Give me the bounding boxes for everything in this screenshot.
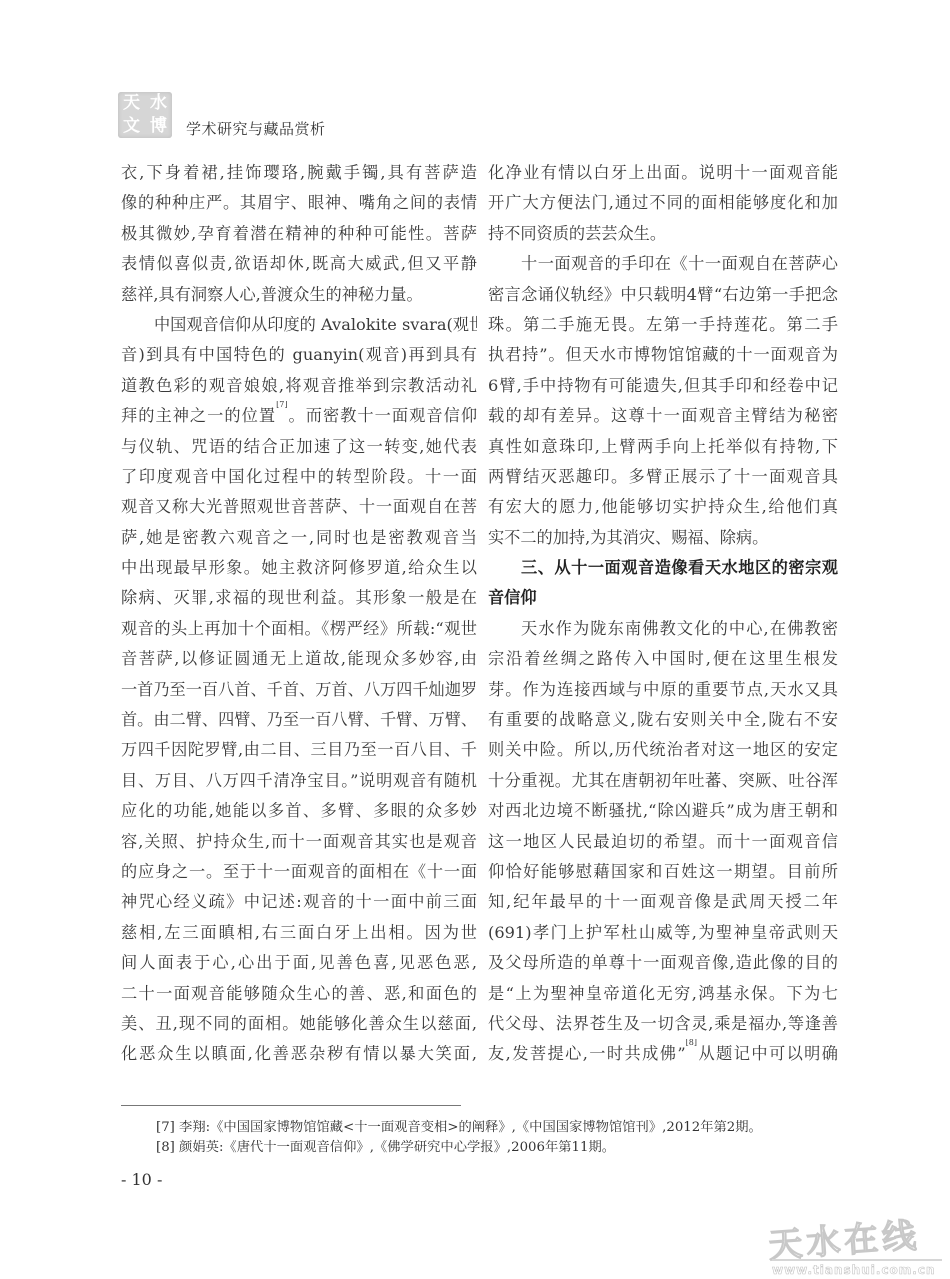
body-text-line: 音)到具有中国特色的 guanyin(观音)再到具有	[121, 340, 477, 370]
body-text-line: 化净业有情以白牙上出面。说明十一面观音能	[488, 158, 838, 188]
body-text-line: 珠。第二手施无畏。左第一手持莲花。第二手	[488, 310, 838, 340]
body-text-line: 代父母、法界苍生及一切含灵,乘是福办,等逢善	[488, 1009, 838, 1039]
body-text-line: 友,发菩提心,一时共成佛”[8]从题记中可以明确	[488, 1039, 838, 1069]
footnotes: [7] 李翔:《中国国家博物馆馆藏<十一面观音变相>的阐释》,《中国国家博物馆馆…	[156, 1118, 762, 1158]
body-text-line: 中国观音信仰从印度的 Avalokite svara(观世	[121, 310, 477, 340]
body-text-line: 首。由二臂、四臂、乃至一百八臂、千臂、万臂、八	[121, 705, 477, 735]
body-text-line: 一首乃至一百八首、千首、万首、八万四千灿迦罗	[121, 675, 477, 705]
left-column: 衣,下身着裙,挂饰璎珞,腕戴手镯,具有菩萨造像的种种庄严。其眉宇、眼神、嘴角之间…	[121, 158, 477, 1070]
watermark-underline	[772, 1259, 942, 1261]
body-text-line: 目、万目、八万四千清净宝目。”说明观音有随机	[121, 766, 477, 796]
body-text-line: 的应身之一。至于十一面观音的面相在《十一面	[121, 857, 477, 887]
body-text-line: 容,关照、护持众生,而十一面观音其实也是观音	[121, 827, 477, 857]
body-text-line: 衣,下身着裙,挂饰璎珞,腕戴手镯,具有菩萨造	[121, 158, 477, 188]
body-text-line: 芽。作为连接西域与中原的重要节点,天水又具	[488, 675, 838, 705]
body-text-line: 则关中险。所以,历代统治者对这一地区的安定	[488, 735, 838, 765]
body-text-line: 萨,她是密教六观音之一,同时也是密教观音当	[121, 523, 477, 553]
watermark-url: www.tianshui.com.cn	[772, 1263, 936, 1277]
body-text-line: 慈相,左三面瞋相,右三面白牙上出相。因为世	[121, 918, 477, 948]
body-text-line: 了印度观音中国化过程中的转型阶段。十一面	[121, 462, 477, 492]
section-heading-line: 三、从十一面观音造像看天水地区的密宗观	[488, 553, 838, 583]
body-text-line: 载的却有差异。这尊十一面观音主臂结为秘密	[488, 401, 838, 431]
body-text-line: 知,纪年最早的十一面观音像是武周天授二年	[488, 887, 838, 917]
right-column: 化净业有情以白牙上出面。说明十一面观音能开广大方便法门,通过不同的面相能够度化和…	[488, 158, 838, 1070]
page-number: - 10 -	[121, 1170, 162, 1189]
body-text-line: 持不同资质的芸芸众生。	[488, 219, 838, 249]
body-text-line: 对西北边境不断骚扰,“除凶避兵”成为唐王朝和	[488, 796, 838, 826]
body-text-line: 应化的功能,她能以多首、多臂、多眼的众多妙	[121, 796, 477, 826]
body-text-line: 极其微妙,孕育着潜在精神的种种可能性。菩萨	[121, 219, 477, 249]
body-text-line: 及父母所造的单尊十一面观音像,造此像的目的	[488, 948, 838, 978]
body-text-line: 两臂结灭恶趣印。多臂正展示了十一面观音具	[488, 462, 838, 492]
body-text-line: 执君持”。但天水市博物馆馆藏的十一面观音为	[488, 340, 838, 370]
logo-char: 天	[118, 92, 145, 115]
body-text-line: 间人面表于心,心出于面,见善色喜,见恶色恶,	[121, 948, 477, 978]
body-text-line: 这一地区人民最迫切的希望。而十一面观音信	[488, 827, 838, 857]
body-text-line: 观音的头上再加十个面相。《楞严经》所载:“观世	[121, 614, 477, 644]
body-text-line: 真性如意珠印,上臂两手向上托举似有持物,下	[488, 432, 838, 462]
body-text-line: 宗沿着丝绸之路传入中国时,便在这里生根发	[488, 644, 838, 674]
body-text-line: 观音又称大光普照观世音菩萨、十一面观自在菩	[121, 492, 477, 522]
body-text-line: 像的种种庄严。其眉宇、眼神、嘴角之间的表情	[121, 188, 477, 218]
body-text-line: 6臂,手中持物有可能遗失,但其手印和经卷中记	[488, 371, 838, 401]
body-text-line: 中出现最早形象。她主救济阿修罗道,给众生以	[121, 553, 477, 583]
body-text-line: 慈祥,具有洞察人心,普渡众生的神秘力量。	[121, 280, 477, 310]
logo-char: 文	[118, 115, 145, 138]
footnote-ref[interactable]: [7]	[276, 401, 287, 409]
body-text-line: 十分重视。尤其在唐朝初年吐蕃、突厥、吐谷浑	[488, 766, 838, 796]
section-heading-line: 音信仰	[488, 583, 838, 613]
body-text-line: 除病、灭罪,求福的现世利益。其形象一般是在	[121, 583, 477, 613]
body-text-line: 有宏大的愿力,他能够切实护持众生,给他们真	[488, 492, 838, 522]
body-text-line: 是“上为聖神皇帝道化无穷,鸿基永保。下为七	[488, 979, 838, 1009]
section-title: 学术研究与藏品赏析	[186, 118, 326, 139]
body-text-line: 万四千因陀罗臂,由二目、三目乃至一百八目、千	[121, 735, 477, 765]
body-text-line: 密言念诵仪轨经》中只载明4臂“右边第一手把念	[488, 280, 838, 310]
body-text-line: 开广大方便法门,通过不同的面相能够度化和加	[488, 188, 838, 218]
body-text-line: 表情似喜似责,欲语却休,既高大威武,但又平静	[121, 249, 477, 279]
body-text-line: 有重要的战略意义,陇右安则关中全,陇右不安	[488, 705, 838, 735]
footnote-8: [8] 颜娟英:《唐代十一面观音信仰》,《佛学研究中心学报》,2006年第11期…	[156, 1138, 762, 1158]
body-text-line: 音菩萨,以修证圆通无上道故,能现众多妙容,由	[121, 644, 477, 674]
body-text-line: 化恶众生以瞋面,化善恶杂秽有情以暴大笑面,	[121, 1039, 477, 1069]
footnote-divider	[121, 1105, 461, 1106]
body-text-line: 神咒心经义疏》中记述:观音的十一面中前三面	[121, 887, 477, 917]
body-text-line: 仰恰好能够慰藉国家和百姓这一期望。目前所	[488, 857, 838, 887]
footnote-7: [7] 李翔:《中国国家博物馆馆藏<十一面观音变相>的阐释》,《中国国家博物馆馆…	[156, 1118, 762, 1138]
body-text-line: 与仪轨、咒语的结合正加速了这一转变,她代表	[121, 432, 477, 462]
journal-logo: 天 水 文 博	[118, 92, 172, 138]
body-text-line: 天水作为陇东南佛教文化的中心,在佛教密	[488, 614, 838, 644]
body-text-line: 二十一面观音能够随众生心的善、恶,和面色的	[121, 979, 477, 1009]
site-watermark: 天水在线 www.tianshui.com.cn	[760, 1205, 950, 1279]
body-text-line: 道教色彩的观音娘娘,将观音推举到宗教活动礼	[121, 371, 477, 401]
body-text-line: 美、丑,现不同的面相。她能够化善众生以慈面,	[121, 1009, 477, 1039]
body-text-line: 拜的主神之一的位置[7]。而密教十一面观音信仰	[121, 401, 477, 431]
logo-char: 博	[145, 115, 172, 138]
logo-char: 水	[145, 92, 172, 115]
body-text-line: (691)孝门上护军杜山威等,为聖神皇帝武则天	[488, 918, 838, 948]
footnote-ref[interactable]: [8]	[686, 1039, 697, 1047]
body-text-line: 实不二的加持,为其消灾、赐福、除病。	[488, 523, 838, 553]
body-text-line: 十一面观音的手印在《十一面观自在菩萨心	[488, 249, 838, 279]
